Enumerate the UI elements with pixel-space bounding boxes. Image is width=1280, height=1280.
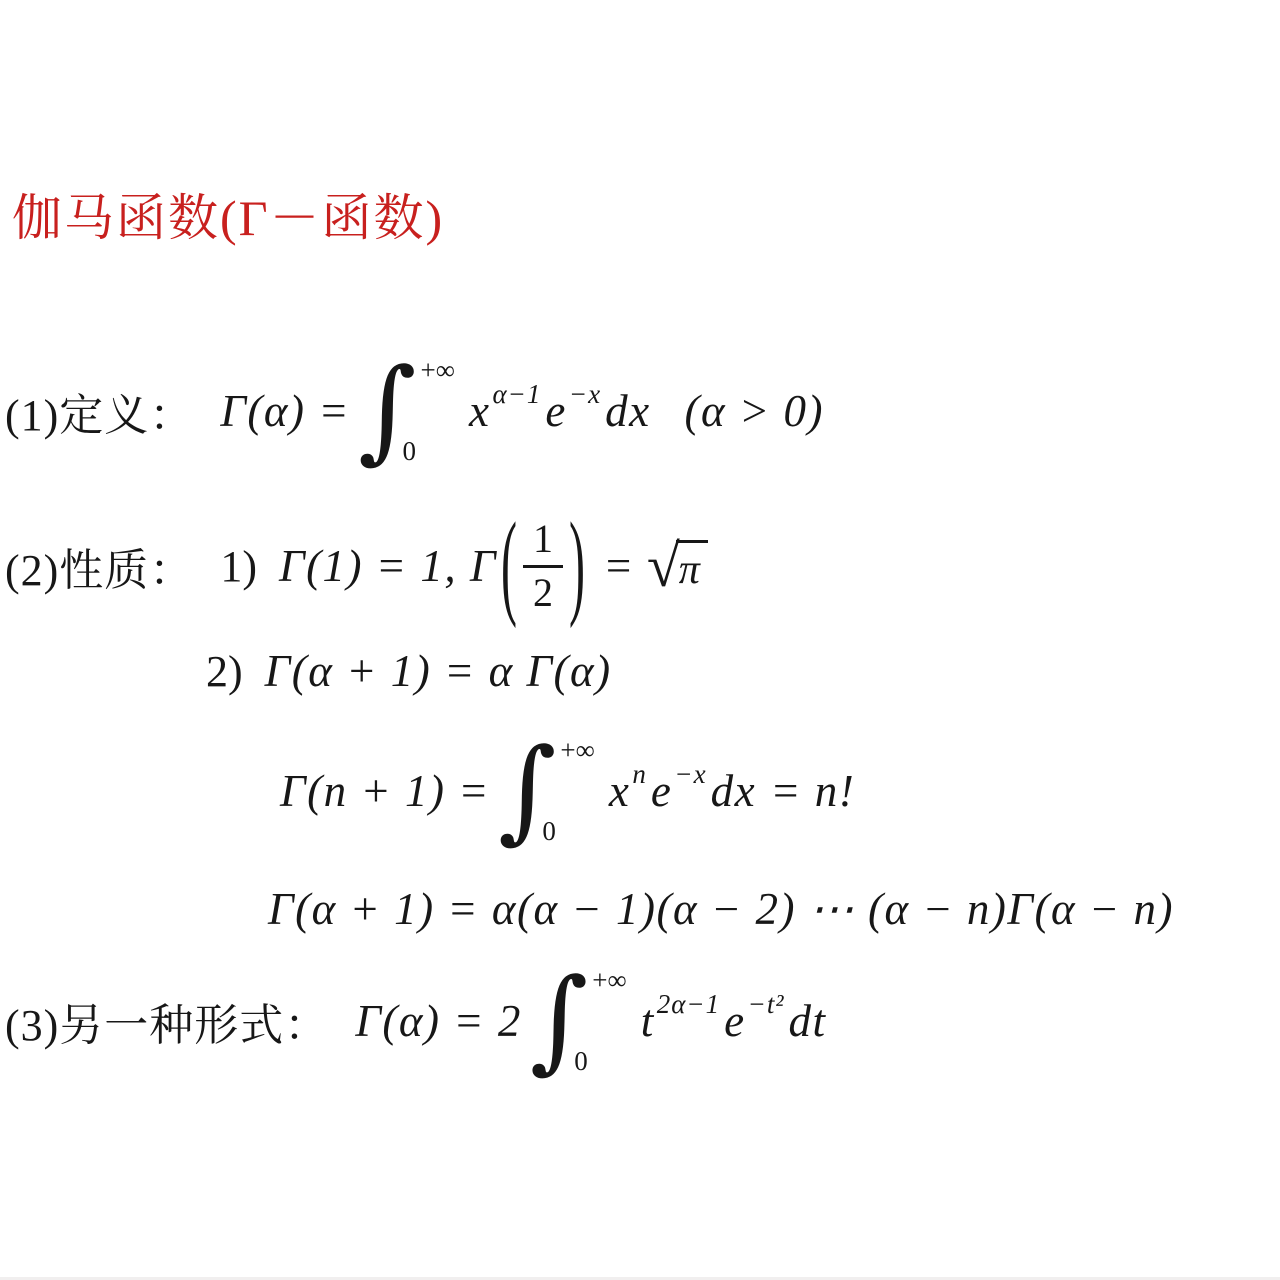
integral-upper-limit: +∞ bbox=[420, 355, 454, 386]
math-lhs: Γ(1) = 1, Γ bbox=[279, 540, 497, 592]
radicand: π bbox=[676, 540, 708, 594]
integral-lower-limit: 0 bbox=[542, 816, 594, 847]
math-lhs: Γ(α) = 2 bbox=[355, 995, 522, 1047]
math-condition: (α > 0) bbox=[685, 385, 824, 437]
alternative-label: (3)另一种形式： bbox=[5, 989, 329, 1053]
item-index: 2) bbox=[206, 646, 243, 697]
fraction-denominator: 2 bbox=[533, 568, 553, 616]
math-base: e bbox=[545, 385, 566, 437]
integral-upper-limit: +∞ bbox=[592, 965, 626, 996]
fraction-numerator: 1 bbox=[523, 516, 563, 568]
integral: ∫ +∞ 0 bbox=[530, 963, 627, 1079]
math-exponent: α−1 bbox=[492, 379, 541, 410]
integral-limits: +∞ 0 bbox=[588, 963, 626, 1079]
integral: ∫ +∞ 0 bbox=[358, 353, 455, 469]
formula-alternative-form: (3)另一种形式： Γ(α) = 2 ∫ +∞ 0 t2α−1e−t²dt bbox=[5, 958, 826, 1084]
fraction: 1 2 bbox=[523, 516, 563, 616]
math-exponent: n bbox=[632, 759, 647, 790]
formula-property-3: Γ(n + 1) = ∫ +∞ 0 xne−xdx = n! bbox=[280, 728, 855, 854]
math-base: t bbox=[641, 995, 655, 1047]
math-exponent: 2α−1 bbox=[657, 989, 720, 1020]
math-rhs: = n! bbox=[770, 765, 855, 817]
math-base: e bbox=[651, 765, 672, 817]
math-exponent: −x bbox=[569, 379, 601, 410]
formula-definition: (1)定义： Γ(α) = ∫ +∞ 0 xα−1e−xdx (α > 0) bbox=[5, 350, 824, 472]
math-expression: Γ(α + 1) = α Γ(α) bbox=[265, 645, 612, 697]
integral-lower-limit: 0 bbox=[402, 436, 454, 467]
integral-lower-limit: 0 bbox=[574, 1046, 626, 1077]
math-differential: dx bbox=[711, 765, 756, 817]
math-lhs: Γ(n + 1) = bbox=[280, 765, 490, 817]
math-differential: dt bbox=[788, 995, 826, 1047]
item-index: 1) bbox=[220, 541, 257, 592]
integral: ∫ +∞ 0 bbox=[498, 733, 595, 849]
definition-label: (1)定义： bbox=[5, 379, 194, 443]
math-lhs: Γ(α) = bbox=[220, 385, 350, 437]
properties-label: (2)性质： bbox=[5, 534, 194, 598]
math-equals: = bbox=[603, 540, 635, 592]
page-title: 伽马函数(Γ－函数) bbox=[12, 178, 444, 250]
formula-property-4: Γ(α + 1) = α(α − 1)(α − 2) ⋯ (α − n)Γ(α … bbox=[268, 872, 1174, 944]
math-differential: dx bbox=[605, 385, 650, 437]
math-exponent: −t² bbox=[748, 989, 785, 1020]
math-exponent: −x bbox=[674, 759, 706, 790]
integral-limits: +∞ 0 bbox=[556, 733, 594, 849]
formula-property-2: 2) Γ(α + 1) = α Γ(α) bbox=[206, 635, 612, 707]
integral-limits: +∞ 0 bbox=[416, 353, 454, 469]
square-root: √ π bbox=[647, 536, 708, 596]
formula-property-1: (2)性质： 1) Γ(1) = 1, Γ ( 1 2 ) = √ π bbox=[5, 500, 708, 632]
integral-upper-limit: +∞ bbox=[560, 735, 594, 766]
math-base: e bbox=[724, 995, 745, 1047]
big-paren-close: ) bbox=[569, 507, 585, 625]
math-base: x bbox=[469, 385, 490, 437]
math-expression: Γ(α + 1) = α(α − 1)(α − 2) ⋯ (α − n)Γ(α … bbox=[268, 882, 1174, 935]
big-paren-open: ( bbox=[501, 507, 517, 625]
math-base: x bbox=[609, 765, 630, 817]
